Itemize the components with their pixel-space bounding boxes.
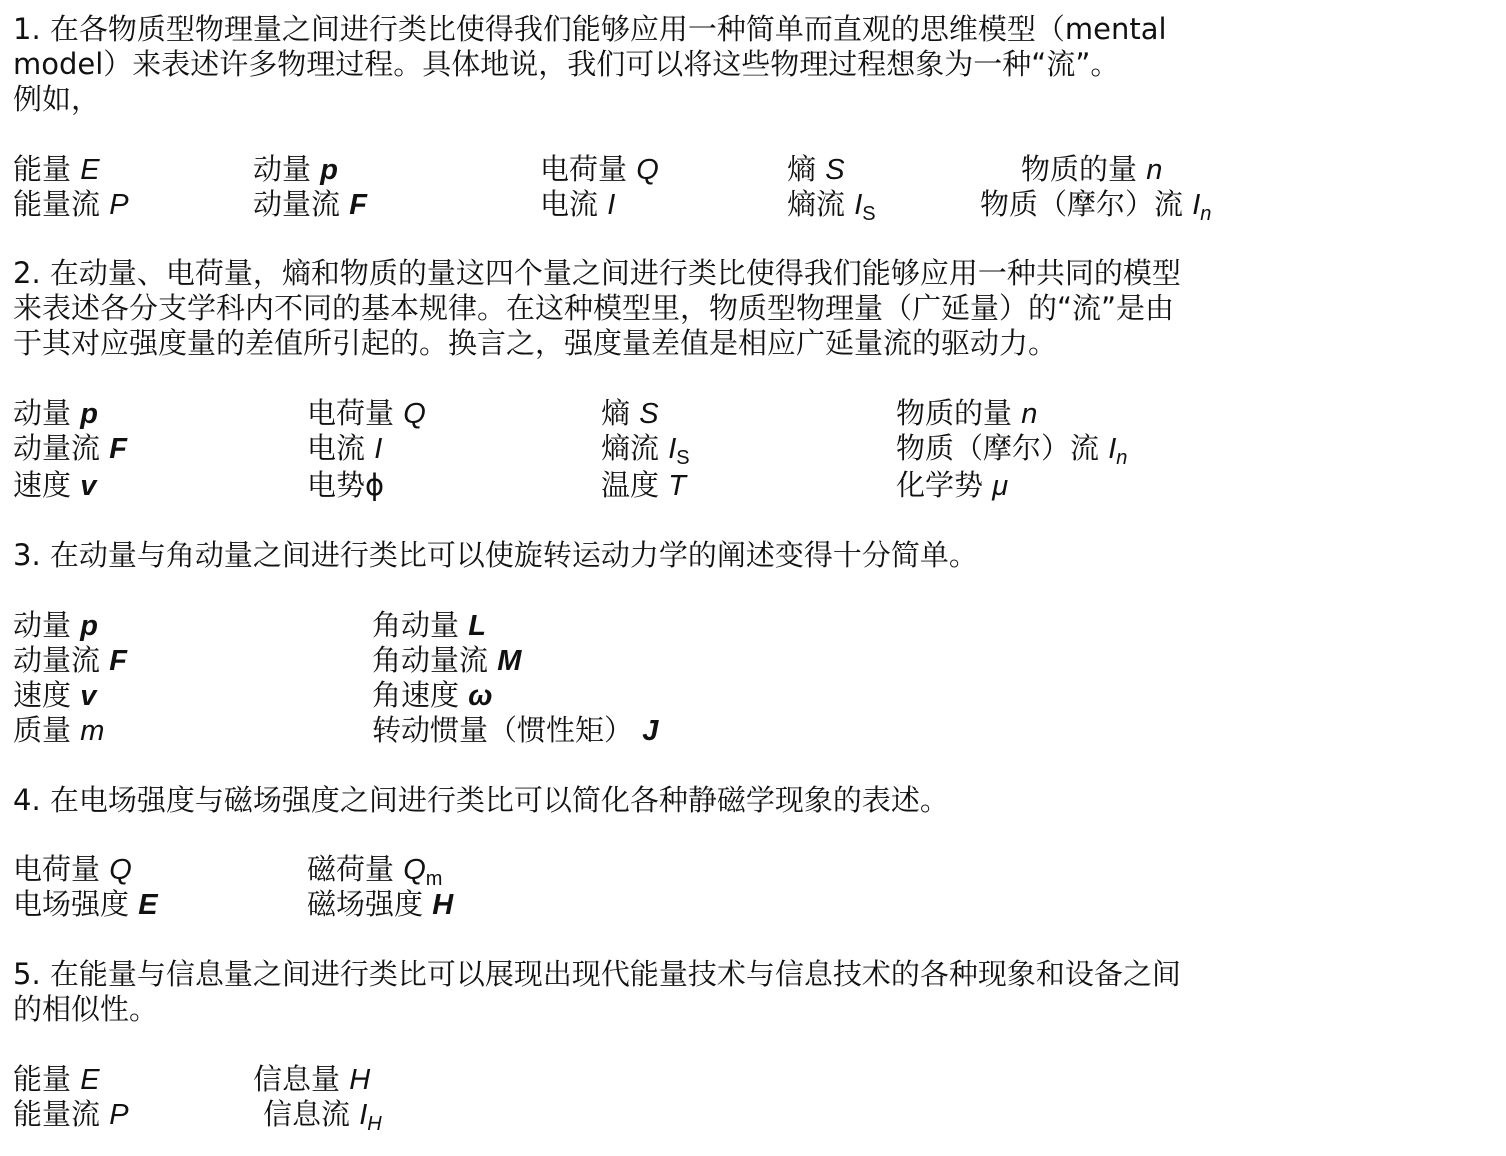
quantity-symbol: E bbox=[80, 1064, 99, 1096]
quantity-label: 能量流 bbox=[13, 1097, 100, 1131]
s1-c4-r2: 熵流 IS bbox=[787, 187, 876, 232]
quantity-label: 磁场强度 bbox=[307, 887, 423, 921]
quantity-label: 物质（摩尔）流 bbox=[980, 187, 1183, 221]
s1-c2-r2: 动量流 F bbox=[253, 187, 367, 223]
quantity-symbol: S bbox=[825, 154, 844, 186]
quantity-symbol: I bbox=[607, 189, 615, 221]
s3-c1-r4: 质量 m bbox=[13, 713, 104, 749]
quantity-symbol: P bbox=[109, 1099, 128, 1131]
quantity-symbol: μ bbox=[992, 470, 1008, 502]
quantity-symbol: Q bbox=[636, 154, 659, 186]
quantity-symbol: T bbox=[668, 470, 686, 502]
s4-c1-r1: 电荷量 Q bbox=[13, 852, 132, 888]
s2-c2-r2: 电流 I bbox=[307, 431, 382, 467]
quantity-label: 动量流 bbox=[253, 187, 340, 221]
quantity-symbol: Q bbox=[403, 398, 426, 430]
quantity-label: 能量流 bbox=[13, 187, 100, 221]
quantity-label: 动量流 bbox=[13, 431, 100, 465]
quantity-label: 动量 bbox=[253, 152, 311, 186]
s3-c2-r4: 转动惯量（惯性矩） J bbox=[372, 713, 658, 749]
quantity-label: 化学势 bbox=[896, 468, 983, 502]
s3-c2-r3: 角速度 ω bbox=[372, 678, 492, 714]
section-1-line-2: model）来表述许多物理过程。具体地说，我们可以将这些物理过程想象为一种“流”… bbox=[13, 47, 1493, 82]
s2-c2-r1: 电荷量 Q bbox=[307, 396, 426, 432]
quantity-label: 信息流 bbox=[263, 1097, 350, 1131]
quantity-label: 能量 bbox=[13, 152, 71, 186]
quantity-symbol: p bbox=[80, 610, 98, 642]
quantity-symbol: F bbox=[349, 189, 367, 221]
s2-c1-r1: 动量 p bbox=[13, 396, 98, 432]
quantity-label: 速度 bbox=[13, 468, 71, 502]
quantity-symbol: H bbox=[432, 889, 453, 921]
quantity-label: 电流 bbox=[540, 187, 598, 221]
s1-c3-r1: 电荷量 Q bbox=[540, 152, 659, 188]
s3-c1-r2: 动量流 F bbox=[13, 643, 127, 679]
quantity-label: 熵流 bbox=[601, 431, 659, 465]
quantity-symbol: v bbox=[80, 680, 96, 712]
section-2-line-3: 于其对应强度量的差值所引起的。换言之，强度量差值是相应广延量流的驱动力。 bbox=[13, 326, 1493, 361]
quantity-subscript: S bbox=[676, 447, 689, 469]
quantity-symbol: ϕ bbox=[365, 468, 384, 502]
s5-c1-r2: 能量流 P bbox=[13, 1097, 129, 1133]
quantity-symbol: J bbox=[642, 715, 658, 747]
quantity-label: 熵 bbox=[601, 396, 630, 430]
quantity-label: 速度 bbox=[13, 678, 71, 712]
quantity-label: 熵流 bbox=[787, 187, 845, 221]
quantity-subscript: H bbox=[367, 1113, 381, 1135]
section-3-text: 3. 在动量与角动量之间进行类比可以使旋转运动力学的阐述变得十分简单。 bbox=[13, 538, 1493, 573]
quantity-symbol: p bbox=[80, 398, 98, 430]
quantity-label: 物质的量 bbox=[1021, 152, 1137, 186]
quantity-symbol: L bbox=[468, 610, 486, 642]
quantity-label: 物质的量 bbox=[896, 396, 1012, 430]
s2-c4-r3: 化学势 μ bbox=[896, 468, 1008, 504]
quantity-symbol: v bbox=[80, 470, 96, 502]
section-1-text: 1. 在各物质型物理量之间进行类比使得我们能够应用一种简单而直观的思维模型（me… bbox=[13, 12, 1493, 117]
section-4-line-1: 4. 在电场强度与磁场强度之间进行类比可以简化各种静磁学现象的表述。 bbox=[13, 783, 1493, 818]
s3-c1-r3: 速度 v bbox=[13, 678, 96, 714]
quantity-label: 电场强度 bbox=[13, 887, 129, 921]
quantity-label: 电势 bbox=[307, 468, 365, 502]
quantity-label: 动量 bbox=[13, 396, 71, 430]
s1-c1-r2: 能量流 P bbox=[13, 187, 129, 223]
quantity-symbol: P bbox=[109, 189, 128, 221]
quantity-symbol: I bbox=[374, 433, 382, 465]
quantity-label: 角动量 bbox=[372, 608, 459, 642]
quantity-symbol: n bbox=[1021, 398, 1037, 430]
quantity-symbol: F bbox=[109, 645, 127, 677]
section-2-line-2: 来表述各分支学科内不同的基本规律。在这种模型里，物质型物理量（广延量）的“流”是… bbox=[13, 291, 1493, 326]
quantity-subscript: n bbox=[1200, 203, 1211, 225]
quantity-symbol: n bbox=[1146, 154, 1162, 186]
s1-c4-r1: 熵 S bbox=[787, 152, 845, 188]
section-5-text: 5. 在能量与信息量之间进行类比可以展现出现代能量技术与信息技术的各种现象和设备… bbox=[13, 957, 1493, 1027]
quantity-label: 电荷量 bbox=[307, 396, 394, 430]
quantity-symbol: Q bbox=[109, 854, 132, 886]
s3-c2-r1: 角动量 L bbox=[372, 608, 486, 644]
quantity-symbol: M bbox=[497, 645, 521, 677]
quantity-label: 动量 bbox=[13, 608, 71, 642]
section-1-line-3: 例如， bbox=[13, 82, 1493, 117]
s5-c1-r1: 能量 E bbox=[13, 1062, 100, 1098]
quantity-label: 质量 bbox=[13, 713, 71, 747]
section-3-line-1: 3. 在动量与角动量之间进行类比可以使旋转运动力学的阐述变得十分简单。 bbox=[13, 538, 1493, 573]
s2-c4-r1: 物质的量 n bbox=[896, 396, 1037, 432]
s2-c1-r2: 动量流 F bbox=[13, 431, 127, 467]
s4-c2-r2: 磁场强度 H bbox=[307, 887, 453, 923]
quantity-label: 动量流 bbox=[13, 643, 100, 677]
section-5-line-1: 5. 在能量与信息量之间进行类比可以展现出现代能量技术与信息技术的各种现象和设备… bbox=[13, 957, 1493, 992]
quantity-symbol: ω bbox=[468, 680, 492, 712]
s5-c2-r1: 信息量 H bbox=[253, 1062, 370, 1098]
quantity-subscript: n bbox=[1116, 447, 1127, 469]
quantity-label: 转动惯量（惯性矩） bbox=[372, 713, 633, 747]
s1-c1-r1: 能量 E bbox=[13, 152, 100, 188]
quantity-label: 物质（摩尔）流 bbox=[896, 431, 1099, 465]
section-4-text: 4. 在电场强度与磁场强度之间进行类比可以简化各种静磁学现象的表述。 bbox=[13, 783, 1493, 818]
s2-c3-r1: 熵 S bbox=[601, 396, 659, 432]
s1-c5-r2: 物质（摩尔）流 In bbox=[980, 187, 1211, 232]
quantity-symbol: Q bbox=[403, 854, 426, 886]
quantity-symbol: F bbox=[109, 433, 127, 465]
quantity-symbol: E bbox=[80, 154, 99, 186]
section-2-line-1: 2. 在动量、电荷量，熵和物质的量这四个量之间进行类比使得我们能够应用一种共同的… bbox=[13, 256, 1493, 291]
quantity-label: 磁荷量 bbox=[307, 852, 394, 886]
s3-c1-r1: 动量 p bbox=[13, 608, 98, 644]
section-2-text: 2. 在动量、电荷量，熵和物质的量这四个量之间进行类比使得我们能够应用一种共同的… bbox=[13, 256, 1493, 361]
s1-c3-r2: 电流 I bbox=[540, 187, 615, 223]
quantity-label: 角动量流 bbox=[372, 643, 488, 677]
section-5-line-2: 的相似性。 bbox=[13, 992, 1493, 1027]
quantity-label: 温度 bbox=[601, 468, 659, 502]
s2-c2-r3: 电势ϕ bbox=[307, 468, 384, 503]
quantity-label: 电荷量 bbox=[540, 152, 627, 186]
s5-c2-r2: 信息流 IH bbox=[263, 1097, 382, 1142]
s4-c1-r2: 电场强度 E bbox=[13, 887, 158, 923]
quantity-label: 熵 bbox=[787, 152, 816, 186]
quantity-subscript: S bbox=[862, 203, 875, 225]
s2-c3-r3: 温度 T bbox=[601, 468, 686, 504]
quantity-label: 电流 bbox=[307, 431, 365, 465]
s1-c2-r1: 动量 p bbox=[253, 152, 338, 188]
s3-c2-r2: 角动量流 M bbox=[372, 643, 521, 679]
quantity-symbol: p bbox=[320, 154, 338, 186]
section-1-line-1: 1. 在各物质型物理量之间进行类比使得我们能够应用一种简单而直观的思维模型（me… bbox=[13, 12, 1493, 47]
s2-c1-r3: 速度 v bbox=[13, 468, 96, 504]
quantity-label: 信息量 bbox=[253, 1062, 340, 1096]
quantity-label: 能量 bbox=[13, 1062, 71, 1096]
s1-c5-r1: 物质的量 n bbox=[1021, 152, 1162, 188]
quantity-label: 角速度 bbox=[372, 678, 459, 712]
quantity-symbol: E bbox=[138, 889, 157, 921]
quantity-label: 电荷量 bbox=[13, 852, 100, 886]
quantity-symbol: H bbox=[349, 1064, 370, 1096]
quantity-symbol: S bbox=[639, 398, 658, 430]
quantity-symbol: m bbox=[80, 715, 104, 747]
